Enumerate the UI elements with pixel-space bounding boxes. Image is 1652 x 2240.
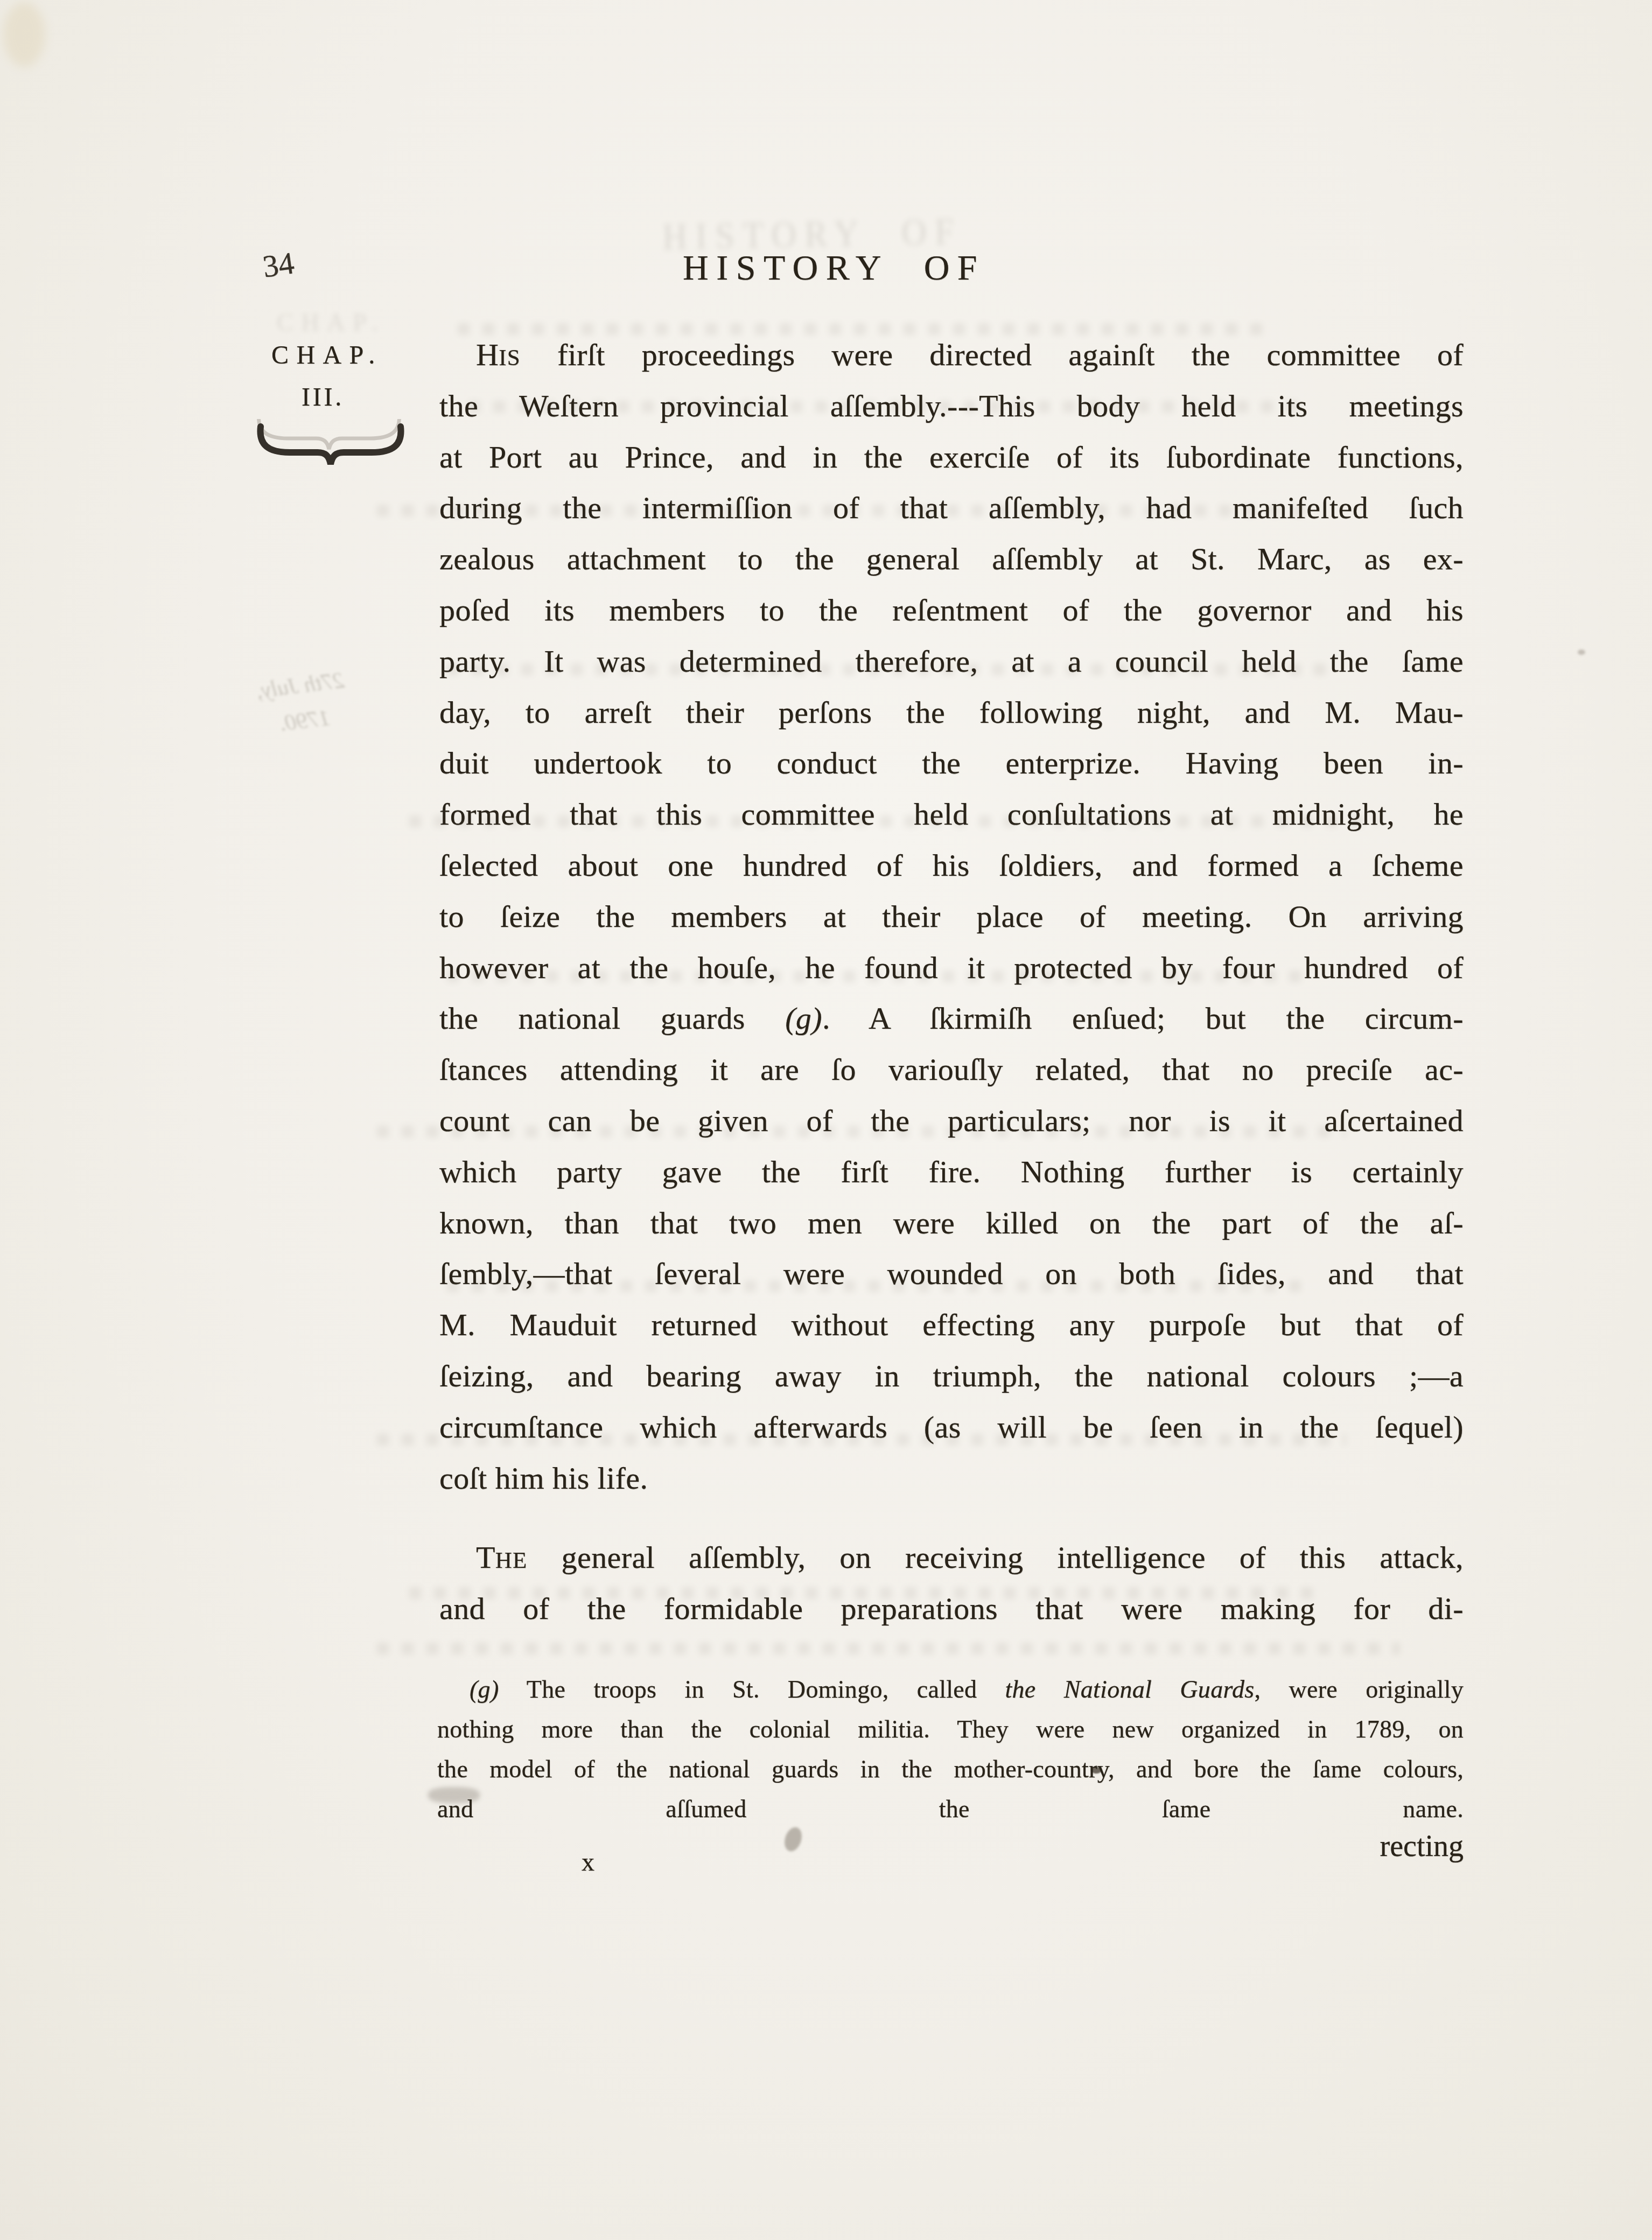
body-line: at Port au Prince, and in the exerciſe o… bbox=[439, 442, 1464, 473]
body-line: coſt him his life. bbox=[439, 1463, 1464, 1494]
line-text: firſt proceedings were directed againſt … bbox=[521, 337, 1464, 372]
body-line: M. Mauduit returned without effecting an… bbox=[439, 1309, 1464, 1341]
body-line: which party gave the firſt fire. Nothing… bbox=[439, 1156, 1464, 1188]
body-line: ſelected about one hundred of his ſoldie… bbox=[439, 850, 1464, 881]
line-text: . A ſkirmiſh enſued; but the circum- bbox=[822, 1001, 1464, 1036]
footnote-line: and aſſumed the ſame name. bbox=[437, 1797, 1464, 1822]
book-page: HISTORY OF HISTORY OF 34 CHAP. CHAP. III… bbox=[0, 0, 1652, 2240]
chapter-brace-ornament bbox=[255, 419, 406, 471]
smallcaps-opening: HE bbox=[495, 1548, 528, 1573]
drop-initial: T bbox=[476, 1540, 495, 1575]
bleedthrough-band bbox=[458, 323, 1265, 335]
body-line: formed that this committee held conſulta… bbox=[439, 799, 1464, 830]
body-line: poſed its members to the reſentment of t… bbox=[439, 595, 1464, 626]
body-line: HIS firſt proceedings were directed agai… bbox=[439, 339, 1464, 371]
body-line: to ſeize the members at their place of m… bbox=[439, 901, 1464, 932]
footnote-line: (g) The troops in St. Domingo, called th… bbox=[437, 1677, 1464, 1702]
body-line: circumſtance which afterwards (as will b… bbox=[439, 1412, 1464, 1443]
body-line: ſtances attending it are ſo variouſly re… bbox=[439, 1054, 1464, 1085]
chapter-label: CHAP. bbox=[271, 340, 383, 370]
body-line: the Weſtern provincial aſſembly.---This … bbox=[439, 390, 1464, 422]
body-line: known, than that two men were killed on … bbox=[439, 1208, 1464, 1239]
body-line-with-footnote-ref: the national guards (g). A ſkirmiſh enſu… bbox=[439, 1003, 1464, 1034]
drop-initial: H bbox=[476, 337, 499, 372]
corner-stain bbox=[3, 2, 45, 67]
margin-date-bleedthrough: 27th July, 1790. bbox=[207, 657, 398, 750]
line-text: general aſſembly, on receiving intellige… bbox=[528, 1540, 1464, 1575]
body-line: duit undertook to conduct the enterprize… bbox=[439, 748, 1464, 779]
bleedthrough-band bbox=[377, 1643, 1400, 1655]
page-number: 34 bbox=[261, 245, 297, 284]
footnote-text: The troops in St. Domingo, called bbox=[499, 1676, 1005, 1703]
footnote-ref-marker: (g) bbox=[785, 1001, 822, 1036]
body-line: zealous attachment to the general aſſemb… bbox=[439, 543, 1464, 575]
running-title: HISTORY OF bbox=[683, 248, 985, 289]
smallcaps-opening: IS bbox=[499, 345, 521, 371]
line-text: the national guards bbox=[439, 1001, 785, 1036]
ink-speck bbox=[1578, 650, 1585, 655]
signature-mark: x bbox=[582, 1847, 594, 1877]
body-line: party. It was determined therefore, at a… bbox=[439, 646, 1464, 677]
footnote-italic-phrase: the National Guards bbox=[1005, 1676, 1254, 1703]
body-line: day, to arreſt their perſons the followi… bbox=[439, 697, 1464, 728]
catchword: recting bbox=[1292, 1829, 1464, 1864]
ink-blot bbox=[782, 1825, 805, 1853]
footnote-line: the model of the national guards in the … bbox=[437, 1757, 1464, 1782]
footnote-marker: (g) bbox=[470, 1676, 499, 1703]
body-line: and of the formidable preparations that … bbox=[439, 1593, 1464, 1624]
body-line: during the intermiſſion of that aſſembly… bbox=[439, 492, 1464, 524]
body-line: THE general aſſembly, on receiving intel… bbox=[439, 1542, 1464, 1573]
chapter-numeral: III. bbox=[302, 382, 344, 412]
body-line: count can be given of the particulars; n… bbox=[439, 1105, 1464, 1136]
body-line: ſembly,—that ſeveral were wounded on bot… bbox=[439, 1258, 1464, 1289]
footnote-text: , were originally bbox=[1254, 1676, 1464, 1703]
chapter-label-ghost: CHAP. bbox=[277, 308, 386, 337]
body-line: however at the houſe, he found it protec… bbox=[439, 952, 1464, 983]
body-line: ſeizing, and bearing away in triumph, th… bbox=[439, 1360, 1464, 1392]
footnote-line: nothing more than the colonial militia. … bbox=[437, 1717, 1464, 1742]
